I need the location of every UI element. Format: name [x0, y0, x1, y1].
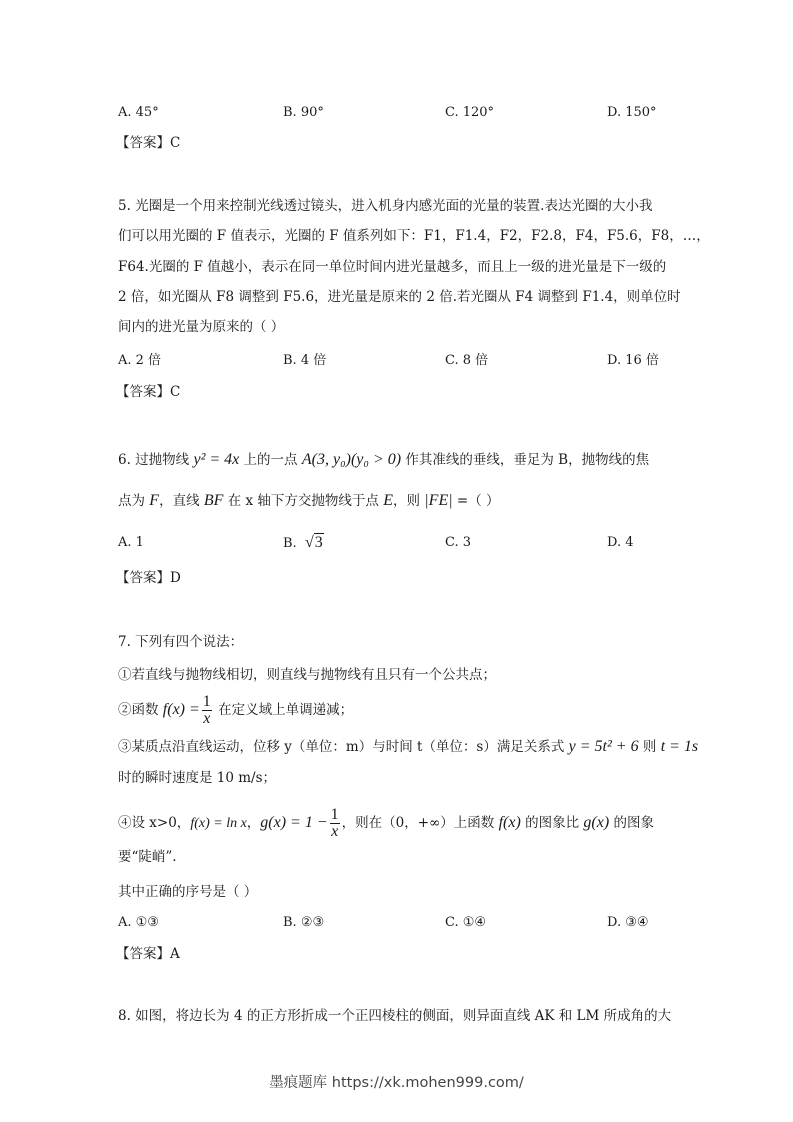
q5-text-line-5: 间内的进光量为原来的（ ）	[118, 318, 284, 336]
q7-s4-mid2: 的图象比	[521, 815, 584, 831]
q6-answer: 【答案】D	[116, 569, 181, 587]
q7-statement-4-line-1: ④设 x>0，f(x) = ln x，g(x) = 1 −1x，则在（0，+∞）…	[118, 806, 654, 841]
q7-option-b: B. ②③	[283, 914, 324, 932]
q7-statement-3-line-2: 时的瞬时速度是 10 m/s；	[118, 769, 276, 787]
q6-option-c: C. 3	[445, 534, 471, 552]
q5-text-line-4: 2 倍，如光圈从 F8 调整到 F5.6，进光量是原来的 2 倍.若光圈从 F4…	[118, 288, 681, 306]
q6-option-b-radicand: 3	[314, 533, 324, 551]
q7-s3-prefix: ③某质点沿直线运动，位移 y（单位：m）与时间 t（单位：s）满足关系式	[118, 739, 569, 755]
q6-l2-suffix: =（ ）	[453, 493, 500, 509]
q5-text-line-1: 5. 光圈是一个用来控制光线透过镜头，进入机身内感光面的光量的装置.表达光圈的大…	[118, 197, 652, 215]
q4-option-c: C. 120°	[445, 104, 494, 122]
q7-question: 其中正确的序号是（ ）	[118, 883, 257, 901]
q5-answer: 【答案】C	[116, 383, 180, 401]
q6-focus-f: F	[149, 492, 159, 509]
q6-option-d: D. 4	[607, 534, 634, 552]
q7-s2-prefix: ②函数	[118, 702, 163, 718]
q6-text-line-2: 点为 F，直线 BF 在 x 轴下方交抛物线于点 E，则 |FE| =（ ）	[118, 492, 500, 510]
footer-watermark: 墨痕题库 https://xk.mohen999.com/	[0, 1071, 793, 1092]
q5-option-b: B. 4 倍	[283, 352, 326, 370]
q7-s4-prefix: ④设 x>0，	[118, 815, 190, 831]
q7-statement-2: ②函数 f(x) =1x 在定义域上单调递减；	[118, 693, 353, 727]
q4-answer: 【答案】C	[116, 134, 180, 152]
q7-option-a: A. ①③	[118, 914, 159, 932]
fraction-numerator: 1	[202, 694, 212, 711]
q7-s2-fraction: 1x	[202, 694, 212, 727]
q7-statement-3-line-1: ③某质点沿直线运动，位移 y（单位：m）与时间 t（单位：s）满足关系式 y =…	[118, 738, 698, 756]
q7-s2-function: f(x) =	[163, 701, 200, 718]
q7-statement-1: ①若直线与抛物线相切，则直线与抛物线有且只有一个公共点；	[118, 666, 496, 684]
q6-point-e: E	[383, 492, 393, 509]
q7-s4-g: g(x) = 1 −	[260, 814, 327, 831]
q7-s4-fx: f(x)	[499, 814, 521, 831]
q6-suffix: 作其准线的垂线，垂足为 B，抛物线的焦	[401, 452, 649, 468]
sqrt-icon: √3	[305, 533, 324, 551]
q7-s2-suffix: 在定义域上单调递减；	[214, 702, 353, 718]
q6-point-a: A(3, y₀)(y₀ > 0)	[302, 451, 401, 468]
q7-s4-gx: g(x)	[583, 814, 609, 831]
q6-l2-mid1: ，直线	[159, 493, 204, 509]
q7-statement-4-line-2: 要“陡峭”.	[118, 848, 177, 866]
q6-line-bf: BF	[204, 492, 224, 509]
q7-s3-equation: y = 5t² + 6	[569, 738, 639, 755]
q4-option-d: D. 150°	[607, 104, 657, 122]
q8-text-line-1: 8. 如图，将边长为 4 的正方形折成一个正四棱柱的侧面，则异面直线 AK 和 …	[118, 1007, 671, 1025]
q4-option-b: B. 90°	[283, 104, 324, 122]
q6-option-b-label: B.	[283, 536, 297, 551]
q5-text-line-3: F64.光圈的 F 值越小，表示在同一单位时间内进光量越多，而且上一级的进光量是…	[118, 258, 666, 276]
q5-option-a: A. 2 倍	[118, 352, 161, 370]
q7-s4-suffix: 的图象	[609, 815, 654, 831]
q7-s4-sep: ，	[247, 815, 261, 831]
q4-option-a: A. 45°	[118, 104, 159, 122]
q6-mid: 上的一点	[239, 452, 302, 468]
q7-option-c: C. ①④	[445, 914, 486, 932]
q7-s4-fraction: 1x	[330, 807, 340, 840]
fraction-numerator: 1	[330, 807, 340, 824]
q7-intro: 7. 下列有四个说法：	[118, 633, 243, 651]
q6-abs-fe: |FE|	[424, 492, 452, 509]
q7-answer: 【答案】A	[116, 945, 180, 963]
q7-s4-mid: ，则在（0，+∞）上函数	[342, 815, 499, 831]
q5-option-d: D. 16 倍	[607, 352, 659, 370]
q6-l2-mid3: ，则	[393, 493, 424, 509]
fraction-denominator: x	[330, 824, 340, 840]
q6-parabola-equation: y² = 4x	[193, 451, 239, 468]
q6-option-a: A. 1	[118, 534, 144, 552]
q6-l2-prefix: 点为	[118, 493, 149, 509]
q6-option-b: B. √3	[283, 534, 324, 553]
fraction-denominator: x	[202, 711, 212, 727]
q5-option-c: C. 8 倍	[445, 352, 488, 370]
q7-s3-mid: 则	[639, 739, 661, 755]
q7-option-d: D. ③④	[607, 914, 649, 932]
q6-prefix: 6. 过抛物线	[118, 452, 193, 468]
q6-l2-mid2: 在 x 轴下方交抛物线于点	[223, 493, 383, 509]
q5-text-line-2: 们可以用光圈的 F 值表示，光圈的 F 值系列如下：F1，F1.4，F2，F2.…	[118, 227, 710, 245]
q7-s4-f: f(x) = ln x	[190, 816, 246, 831]
q6-text-line-1: 6. 过抛物线 y² = 4x 上的一点 A(3, y₀)(y₀ > 0) 作其…	[118, 451, 649, 469]
q7-s3-time: t = 1s	[661, 738, 698, 755]
